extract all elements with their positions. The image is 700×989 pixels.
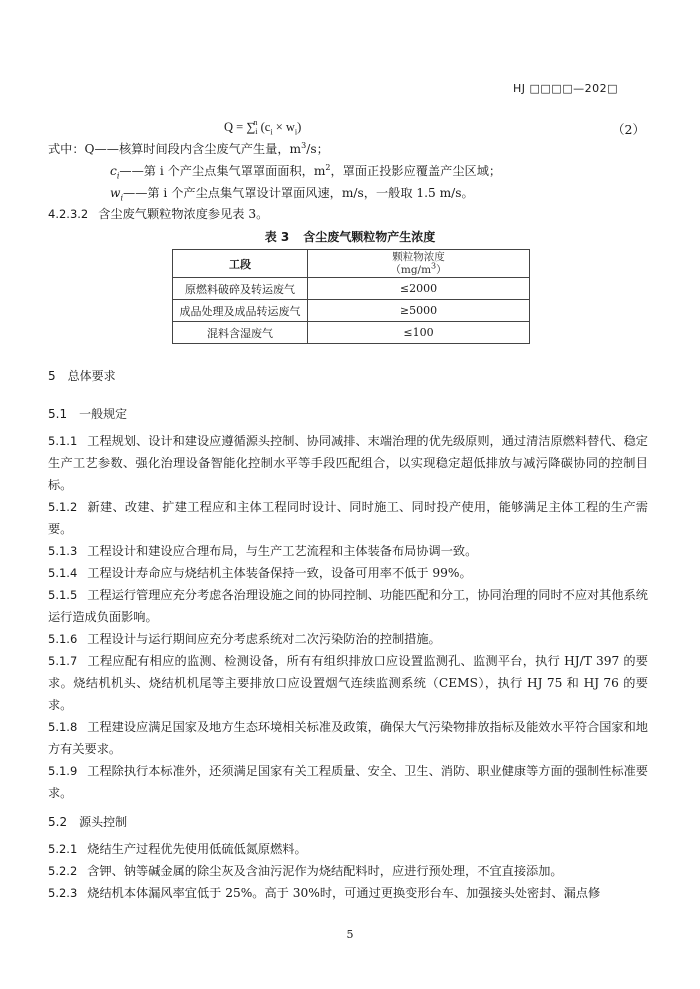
clause-number: 5.1.9 — [48, 764, 77, 778]
definition-text: ——第 i 个产尘点集气罩罩面面积，m — [119, 164, 325, 178]
clause-text: 工程设计寿命应与烧结机主体装备保持一致，设备可用率不低于 99%。 — [87, 566, 471, 580]
clause-5-1-2: 5.1.2新建、改建、扩建工程应和主体工程同时设计、同时施工、同时投产使用，能够… — [48, 496, 648, 540]
table-row: 原燃料破碎及转运废气 ≤2000 — [173, 278, 530, 300]
section-number: 5.2 — [48, 815, 67, 829]
clause-5-1-8: 5.1.8工程建设应满足国家及地方生态环境相关标准及政策，确保大气污染物排放指标… — [48, 716, 648, 760]
definition-text: ——第 i 个产尘点集气罩设计罩面风速，m/s，一般取 1.5 m/s。 — [123, 186, 474, 200]
clause-text: 工程规划、设计和建设应遵循源头控制、协同减排、末端治理的优先级原则，通过清洁原燃… — [48, 434, 648, 492]
section-number: 5 — [48, 369, 56, 383]
clause-number: 5.1.8 — [48, 720, 77, 734]
table-header-row: 工段 颗粒物浓度 （mg/m3） — [173, 250, 530, 278]
clause-number: 5.2.2 — [48, 864, 77, 878]
clause-5-2-3: 5.2.3烧结机本体漏风率宜低于 25%。高于 30%时，可通过更换变形台车、加… — [48, 882, 648, 904]
definition-lead: 式中：Q—— — [48, 142, 119, 156]
clause-number: 5.1.4 — [48, 566, 77, 580]
equation-number: （2） — [612, 120, 645, 138]
clause-text: 烧结机本体漏风率宜低于 25%。高于 30%时，可通过更换变形台车、加强接头处密… — [87, 886, 600, 900]
clause-number: 5.1.1 — [48, 434, 77, 448]
section-5-2-heading: 5.2源头控制 — [48, 813, 127, 830]
clause-5-1-1: 5.1.1工程规划、设计和建设应遵循源头控制、协同减排、末端治理的优先级原则，通… — [48, 430, 648, 496]
column-header-concentration: 颗粒物浓度 （mg/m3） — [308, 250, 530, 278]
definition-q: 式中：Q——核算时间段内含尘废气产生量，m3/s； — [48, 138, 329, 160]
definition-text: 核算时间段内含尘废气产生量，m — [119, 142, 301, 156]
clause-number: 5.1.3 — [48, 544, 77, 558]
definition-tail: /s； — [306, 142, 329, 156]
clause-text: 工程建设应满足国家及地方生态环境相关标准及政策，确保大气污染物排放指标及能效水平… — [48, 720, 648, 756]
clause-number: 4.2.3.2 — [48, 207, 88, 221]
clause-4-2-3-2: 4.2.3.2含尘废气颗粒物浓度参见表 3。 — [48, 203, 268, 225]
definition-c: ci——第 i 个产尘点集气罩罩面面积，m2，罩面正投影应覆盖产尘区域； — [110, 160, 501, 182]
formula-close: ) — [297, 120, 301, 134]
clause-number: 5.2.1 — [48, 842, 77, 856]
clause-text: 工程除执行本标准外，还须满足国家有关工程质量、安全、卫生、消防、职业健康等方面的… — [48, 764, 648, 800]
table-row: 成品处理及成品转运废气 ≥5000 — [173, 300, 530, 322]
cell-stage: 原燃料破碎及转运废气 — [173, 278, 308, 300]
section-title: 一般规定 — [79, 407, 127, 421]
clause-5-1-6: 5.1.6工程设计与运行期间应充分考虑系统对二次污染防治的控制措施。 — [48, 628, 648, 650]
header-line-1: 颗粒物浓度 — [308, 251, 529, 264]
cell-concentration: ≥5000 — [308, 300, 530, 322]
header-line-2: （mg/m3） — [308, 264, 529, 277]
symbol-w: w — [110, 186, 120, 200]
clause-5-1-3: 5.1.3工程设计和建设应合理布局，与生产工艺流程和主体装备布局协调一致。 — [48, 540, 648, 562]
cell-stage: 混料含湿废气 — [173, 322, 308, 344]
cell-stage: 成品处理及成品转运废气 — [173, 300, 308, 322]
clause-5-1-4: 5.1.4工程设计寿命应与烧结机主体装备保持一致，设备可用率不低于 99%。 — [48, 562, 648, 584]
table-row: 混料含湿废气 ≤100 — [173, 322, 530, 344]
clause-text: 工程应配有相应的监测、检测设备，所有有组织排放口应设置监测孔、监测平台，执行 H… — [48, 654, 648, 712]
definition-tail: ，罩面正投影应覆盖产尘区域； — [331, 164, 502, 178]
clause-number: 5.1.2 — [48, 500, 77, 514]
clause-5-1-5: 5.1.5工程运行管理应充分考虑各治理设施之间的协同控制、功能匹配和分工，协同治… — [48, 584, 648, 628]
formula-2: Q = ∑in (ci × wi) — [224, 120, 301, 135]
section-title: 总体要求 — [68, 369, 116, 383]
clause-5-1-7: 5.1.7工程应配有相应的监测、检测设备，所有有组织排放口应设置监测孔、监测平台… — [48, 650, 648, 716]
clause-text: 烧结生产过程优先使用低硫低氮原燃料。 — [87, 842, 306, 856]
clause-5-2-2: 5.2.2含钾、钠等碱金属的除尘灰及含油污泥作为烧结配料时，应进行预处理，不宜直… — [48, 860, 648, 882]
table-3: 工段 颗粒物浓度 （mg/m3） 原燃料破碎及转运废气 ≤2000 成品处理及成… — [172, 249, 530, 344]
clause-text: 工程设计和建设应合理布局，与生产工艺流程和主体装备布局协调一致。 — [87, 544, 477, 558]
unit-close: ） — [436, 264, 447, 276]
column-header-stage: 工段 — [173, 250, 308, 278]
clause-number: 5.2.3 — [48, 886, 77, 900]
clause-5-1-9: 5.1.9工程除执行本标准外，还须满足国家有关工程质量、安全、卫生、消防、职业健… — [48, 760, 648, 804]
clause-5-2-1: 5.2.1烧结生产过程优先使用低硫低氮原燃料。 — [48, 838, 648, 860]
table-title: 含尘废气颗粒物产生浓度 — [303, 230, 435, 244]
cell-concentration: ≤100 — [308, 322, 530, 344]
unit-text: （mg/m — [390, 264, 431, 276]
formula-times: × w — [273, 120, 295, 134]
section-5-1-heading: 5.1一般规定 — [48, 405, 127, 422]
clause-number: 5.1.7 — [48, 654, 77, 668]
clause-number: 5.1.5 — [48, 588, 77, 602]
section-5-heading: 5总体要求 — [48, 367, 116, 384]
formula-rhs: (c — [257, 120, 270, 134]
section-title: 源头控制 — [79, 815, 127, 829]
symbol-c: c — [110, 164, 117, 178]
clause-text: 新建、改建、扩建工程应和主体工程同时设计、同时施工、同时投产使用，能够满足主体工… — [48, 500, 648, 536]
standard-code-header: HJ □□□□—202□ — [513, 82, 618, 95]
clause-text: 工程运行管理应充分考虑各治理设施之间的协同控制、功能匹配和分工，协同治理的同时不… — [48, 588, 648, 624]
table-number: 表 3 — [265, 230, 290, 244]
clause-text: 工程设计与运行期间应充分考虑系统对二次污染防治的控制措施。 — [87, 632, 440, 646]
page-number: 5 — [0, 928, 700, 941]
clause-text: 含钾、钠等碱金属的除尘灰及含油污泥作为烧结配料时，应进行预处理，不宜直接添加。 — [87, 864, 562, 878]
section-number: 5.1 — [48, 407, 67, 421]
table-3-caption: 表 3含尘废气颗粒物产生浓度 — [0, 228, 700, 245]
clause-text: 含尘废气颗粒物浓度参见表 3。 — [98, 207, 268, 221]
formula-lhs: Q = — [224, 120, 246, 134]
clause-number: 5.1.6 — [48, 632, 77, 646]
cell-concentration: ≤2000 — [308, 278, 530, 300]
definition-w: wi——第 i 个产尘点集气罩设计罩面风速，m/s，一般取 1.5 m/s。 — [110, 182, 474, 204]
